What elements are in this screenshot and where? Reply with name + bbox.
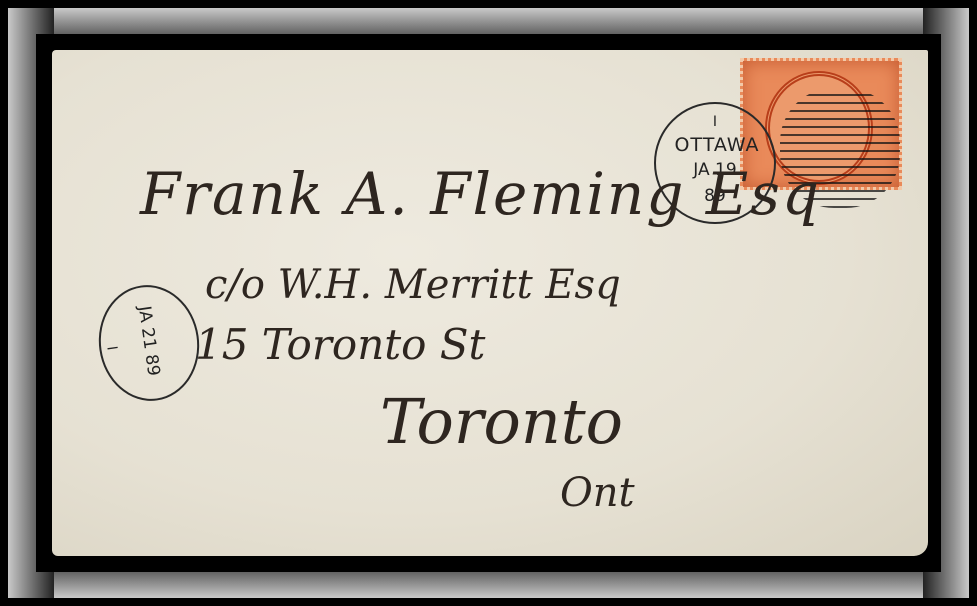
postmark-date: JA 21 89 [131,282,167,400]
postmark-city: OTTAWA [660,134,774,156]
address-city: Toronto [380,385,623,458]
postmark-line: I [656,114,774,130]
address-street: 15 Toronto St [195,320,485,369]
address-province: Ont [560,470,635,516]
address-care-of: c/o W.H. Merritt Esq [205,262,621,308]
postmark-mark: I [103,345,119,351]
address-name: Frank A. Fleming Esq [140,160,821,228]
